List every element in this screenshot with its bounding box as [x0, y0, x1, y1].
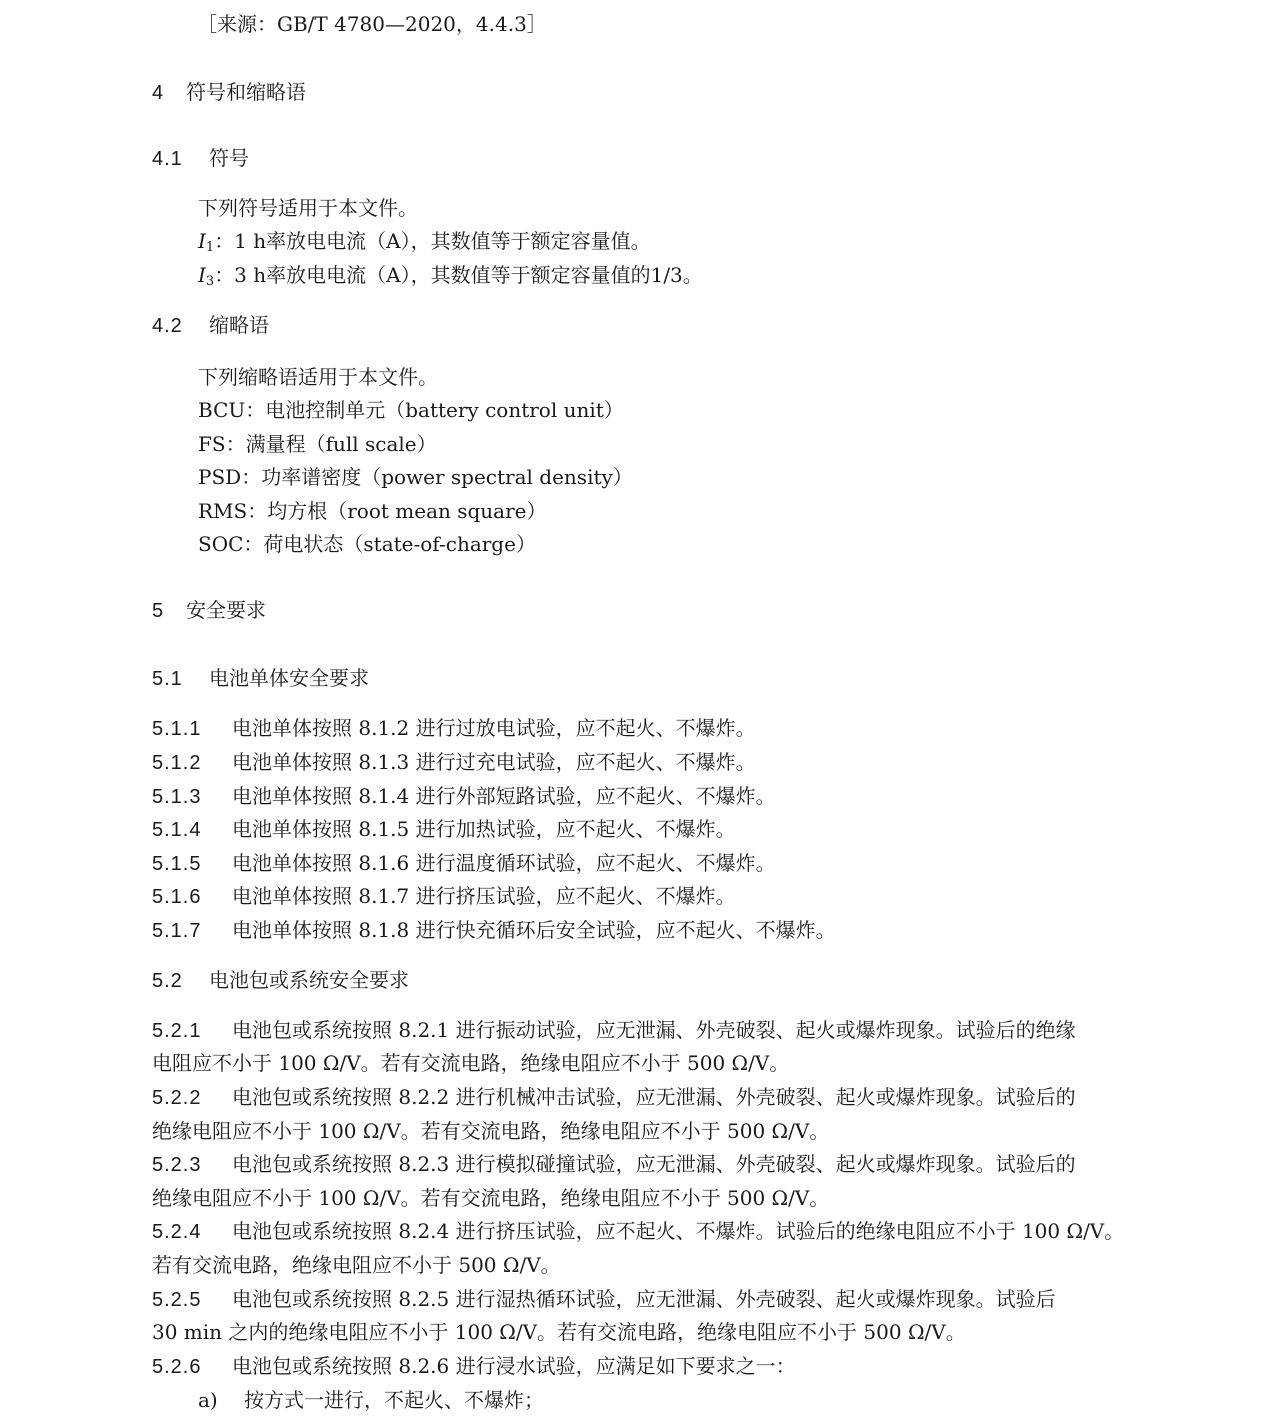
clause-text: 电池包或系统按照 8.2.2 进行机械冲击试验，应无泄漏、外壳破裂、起火或爆炸现… — [232, 1085, 1076, 1109]
abbreviation-item: FS：满量程（full scale） — [198, 432, 437, 456]
clause-number: 5.2.3 — [152, 1153, 232, 1177]
symbol-name: I — [198, 229, 206, 253]
clause-number: 5.2.6 — [152, 1355, 232, 1379]
clause-number: 5.1.1 — [152, 717, 232, 741]
section-number: 4 — [152, 81, 186, 105]
symbol-name: I — [198, 263, 206, 287]
clause-number: 5.1.3 — [152, 785, 232, 809]
clause-number: 5.1.6 — [152, 885, 232, 909]
clause-number: 5.2.4 — [152, 1220, 232, 1244]
section-title: 电池包或系统安全要求 — [209, 968, 409, 992]
clause-text: 电池包或系统按照 8.2.1 进行振动试验，应无泄漏、外壳破裂、起火或爆炸现象。… — [232, 1018, 1076, 1042]
symbol-definition: I3：3 h率放电电流（A），其数值等于额定容量值的1/3。 — [198, 263, 703, 294]
list-item-text: 按方式一进行，不起火、不爆炸； — [244, 1388, 544, 1412]
section-title: 安全要求 — [186, 598, 266, 622]
clause-text: 电池单体按照 8.1.8 进行快充循环后安全试验，应不起火、不爆炸。 — [232, 918, 836, 942]
clause-text: 电池包或系统按照 8.2.5 进行湿热循环试验，应无泄漏、外壳破裂、起火或爆炸现… — [232, 1287, 1056, 1311]
clause-5-1-2: 5.1.2电池单体按照 8.1.3 进行过充电试验，应不起火、不爆炸。 — [152, 750, 756, 775]
symbol-subscript: 3 — [206, 274, 214, 289]
clause-5-2-2: 5.2.2电池包或系统按照 8.2.2 进行机械冲击试验，应无泄漏、外壳破裂、起… — [152, 1085, 1076, 1110]
section-number: 5 — [152, 599, 186, 623]
section-4-2-heading: 4.2缩略语 — [152, 313, 269, 338]
clause-5-1-6: 5.1.6电池单体按照 8.1.7 进行挤压试验，应不起火、不爆炸。 — [152, 884, 736, 909]
section-5-2-heading: 5.2电池包或系统安全要求 — [152, 968, 409, 993]
source-note: ［来源：GB/T 4780—2020，4.4.3］ — [197, 12, 547, 36]
clause-5-2-4-continuation: 若有交流电路，绝缘电阻应不小于 500 Ω/V。 — [152, 1253, 561, 1277]
clause-number: 5.2.5 — [152, 1288, 232, 1312]
clause-5-2-3-continuation: 绝缘电阻应不小于 100 Ω/V。若有交流电路，绝缘电阻应不小于 500 Ω/V… — [152, 1186, 829, 1210]
clause-number: 5.1.7 — [152, 919, 232, 943]
clause-text: 电池单体按照 8.1.6 进行温度循环试验，应不起火、不爆炸。 — [232, 851, 776, 875]
abbreviations-intro: 下列缩略语适用于本文件。 — [198, 365, 438, 389]
section-number: 5.1 — [152, 667, 209, 691]
section-number: 4.2 — [152, 314, 209, 338]
clause-5-1-4: 5.1.4电池单体按照 8.1.5 进行加热试验，应不起火、不爆炸。 — [152, 817, 736, 842]
section-5-heading: 5安全要求 — [152, 598, 266, 623]
list-item-label: a) — [198, 1388, 244, 1412]
clause-5-1-1: 5.1.1电池单体按照 8.1.2 进行过放电试验，应不起火、不爆炸。 — [152, 716, 756, 741]
clause-text: 电池单体按照 8.1.3 进行过充电试验，应不起火、不爆炸。 — [232, 750, 756, 774]
clause-5-2-4: 5.2.4电池包或系统按照 8.2.4 进行挤压试验，应不起火、不爆炸。试验后的… — [152, 1219, 1124, 1244]
abbreviation-item: RMS：均方根（root mean square） — [198, 499, 547, 523]
symbol-text: ：3 h率放电电流（A），其数值等于额定容量值的1/3。 — [214, 263, 703, 287]
clause-text: 电池单体按照 8.1.2 进行过放电试验，应不起火、不爆炸。 — [232, 716, 756, 740]
list-item-a: a)按方式一进行，不起火、不爆炸； — [198, 1388, 544, 1412]
symbol-definition: I1：1 h率放电电流（A），其数值等于额定容量值。 — [198, 229, 651, 260]
clause-5-1-7: 5.1.7电池单体按照 8.1.8 进行快充循环后安全试验，应不起火、不爆炸。 — [152, 918, 836, 943]
clause-number: 5.2.1 — [152, 1019, 232, 1043]
section-5-1-heading: 5.1电池单体安全要求 — [152, 666, 369, 691]
symbol-subscript: 1 — [206, 240, 214, 255]
clause-5-2-2-continuation: 绝缘电阻应不小于 100 Ω/V。若有交流电路，绝缘电阻应不小于 500 Ω/V… — [152, 1119, 829, 1143]
clause-5-1-5: 5.1.5电池单体按照 8.1.6 进行温度循环试验，应不起火、不爆炸。 — [152, 851, 776, 876]
abbreviation-item: PSD：功率谱密度（power spectral density） — [198, 465, 633, 489]
section-title: 符号 — [209, 146, 249, 170]
clause-number: 5.1.4 — [152, 818, 232, 842]
clause-5-2-5-continuation: 30 min 之内的绝缘电阻应不小于 100 Ω/V。若有交流电路，绝缘电阻应不… — [152, 1320, 966, 1344]
clause-text: 电池包或系统按照 8.2.4 进行挤压试验，应不起火、不爆炸。试验后的绝缘电阻应… — [232, 1219, 1124, 1243]
section-title: 电池单体安全要求 — [209, 666, 369, 690]
clause-number: 5.1.5 — [152, 852, 232, 876]
section-number: 5.2 — [152, 969, 209, 993]
abbreviation-item: SOC：荷电状态（state-of-charge） — [198, 532, 536, 556]
clause-number: 5.2.2 — [152, 1086, 232, 1110]
clause-text: 电池单体按照 8.1.4 进行外部短路试验，应不起火、不爆炸。 — [232, 784, 776, 808]
clause-5-2-5: 5.2.5电池包或系统按照 8.2.5 进行湿热循环试验，应无泄漏、外壳破裂、起… — [152, 1287, 1056, 1312]
clause-text: 电池包或系统按照 8.2.6 进行浸水试验，应满足如下要求之一： — [232, 1354, 796, 1378]
section-4-heading: 4符号和缩略语 — [152, 80, 306, 105]
clause-number: 5.1.2 — [152, 751, 232, 775]
document-page: ［来源：GB/T 4780—2020，4.4.3］ 4符号和缩略语 4.1符号 … — [0, 0, 1280, 1426]
symbol-text: ：1 h率放电电流（A），其数值等于额定容量值。 — [214, 229, 650, 253]
section-4-1-heading: 4.1符号 — [152, 146, 249, 171]
section-title: 缩略语 — [209, 313, 269, 337]
clause-5-2-3: 5.2.3电池包或系统按照 8.2.3 进行模拟碰撞试验，应无泄漏、外壳破裂、起… — [152, 1152, 1076, 1177]
clause-5-2-1: 5.2.1电池包或系统按照 8.2.1 进行振动试验，应无泄漏、外壳破裂、起火或… — [152, 1018, 1076, 1043]
abbreviation-item: BCU：电池控制单元（battery control unit） — [198, 398, 624, 422]
clause-5-2-6: 5.2.6电池包或系统按照 8.2.6 进行浸水试验，应满足如下要求之一： — [152, 1354, 796, 1379]
symbols-intro: 下列符号适用于本文件。 — [198, 196, 418, 220]
clause-5-1-3: 5.1.3电池单体按照 8.1.4 进行外部短路试验，应不起火、不爆炸。 — [152, 784, 776, 809]
clause-text: 电池单体按照 8.1.7 进行挤压试验，应不起火、不爆炸。 — [232, 884, 736, 908]
clause-text: 电池单体按照 8.1.5 进行加热试验，应不起火、不爆炸。 — [232, 817, 736, 841]
clause-5-2-1-continuation: 电阻应不小于 100 Ω/V。若有交流电路，绝缘电阻应不小于 500 Ω/V。 — [152, 1051, 789, 1075]
section-title: 符号和缩略语 — [186, 80, 306, 104]
section-number: 4.1 — [152, 147, 209, 171]
clause-text: 电池包或系统按照 8.2.3 进行模拟碰撞试验，应无泄漏、外壳破裂、起火或爆炸现… — [232, 1152, 1076, 1176]
